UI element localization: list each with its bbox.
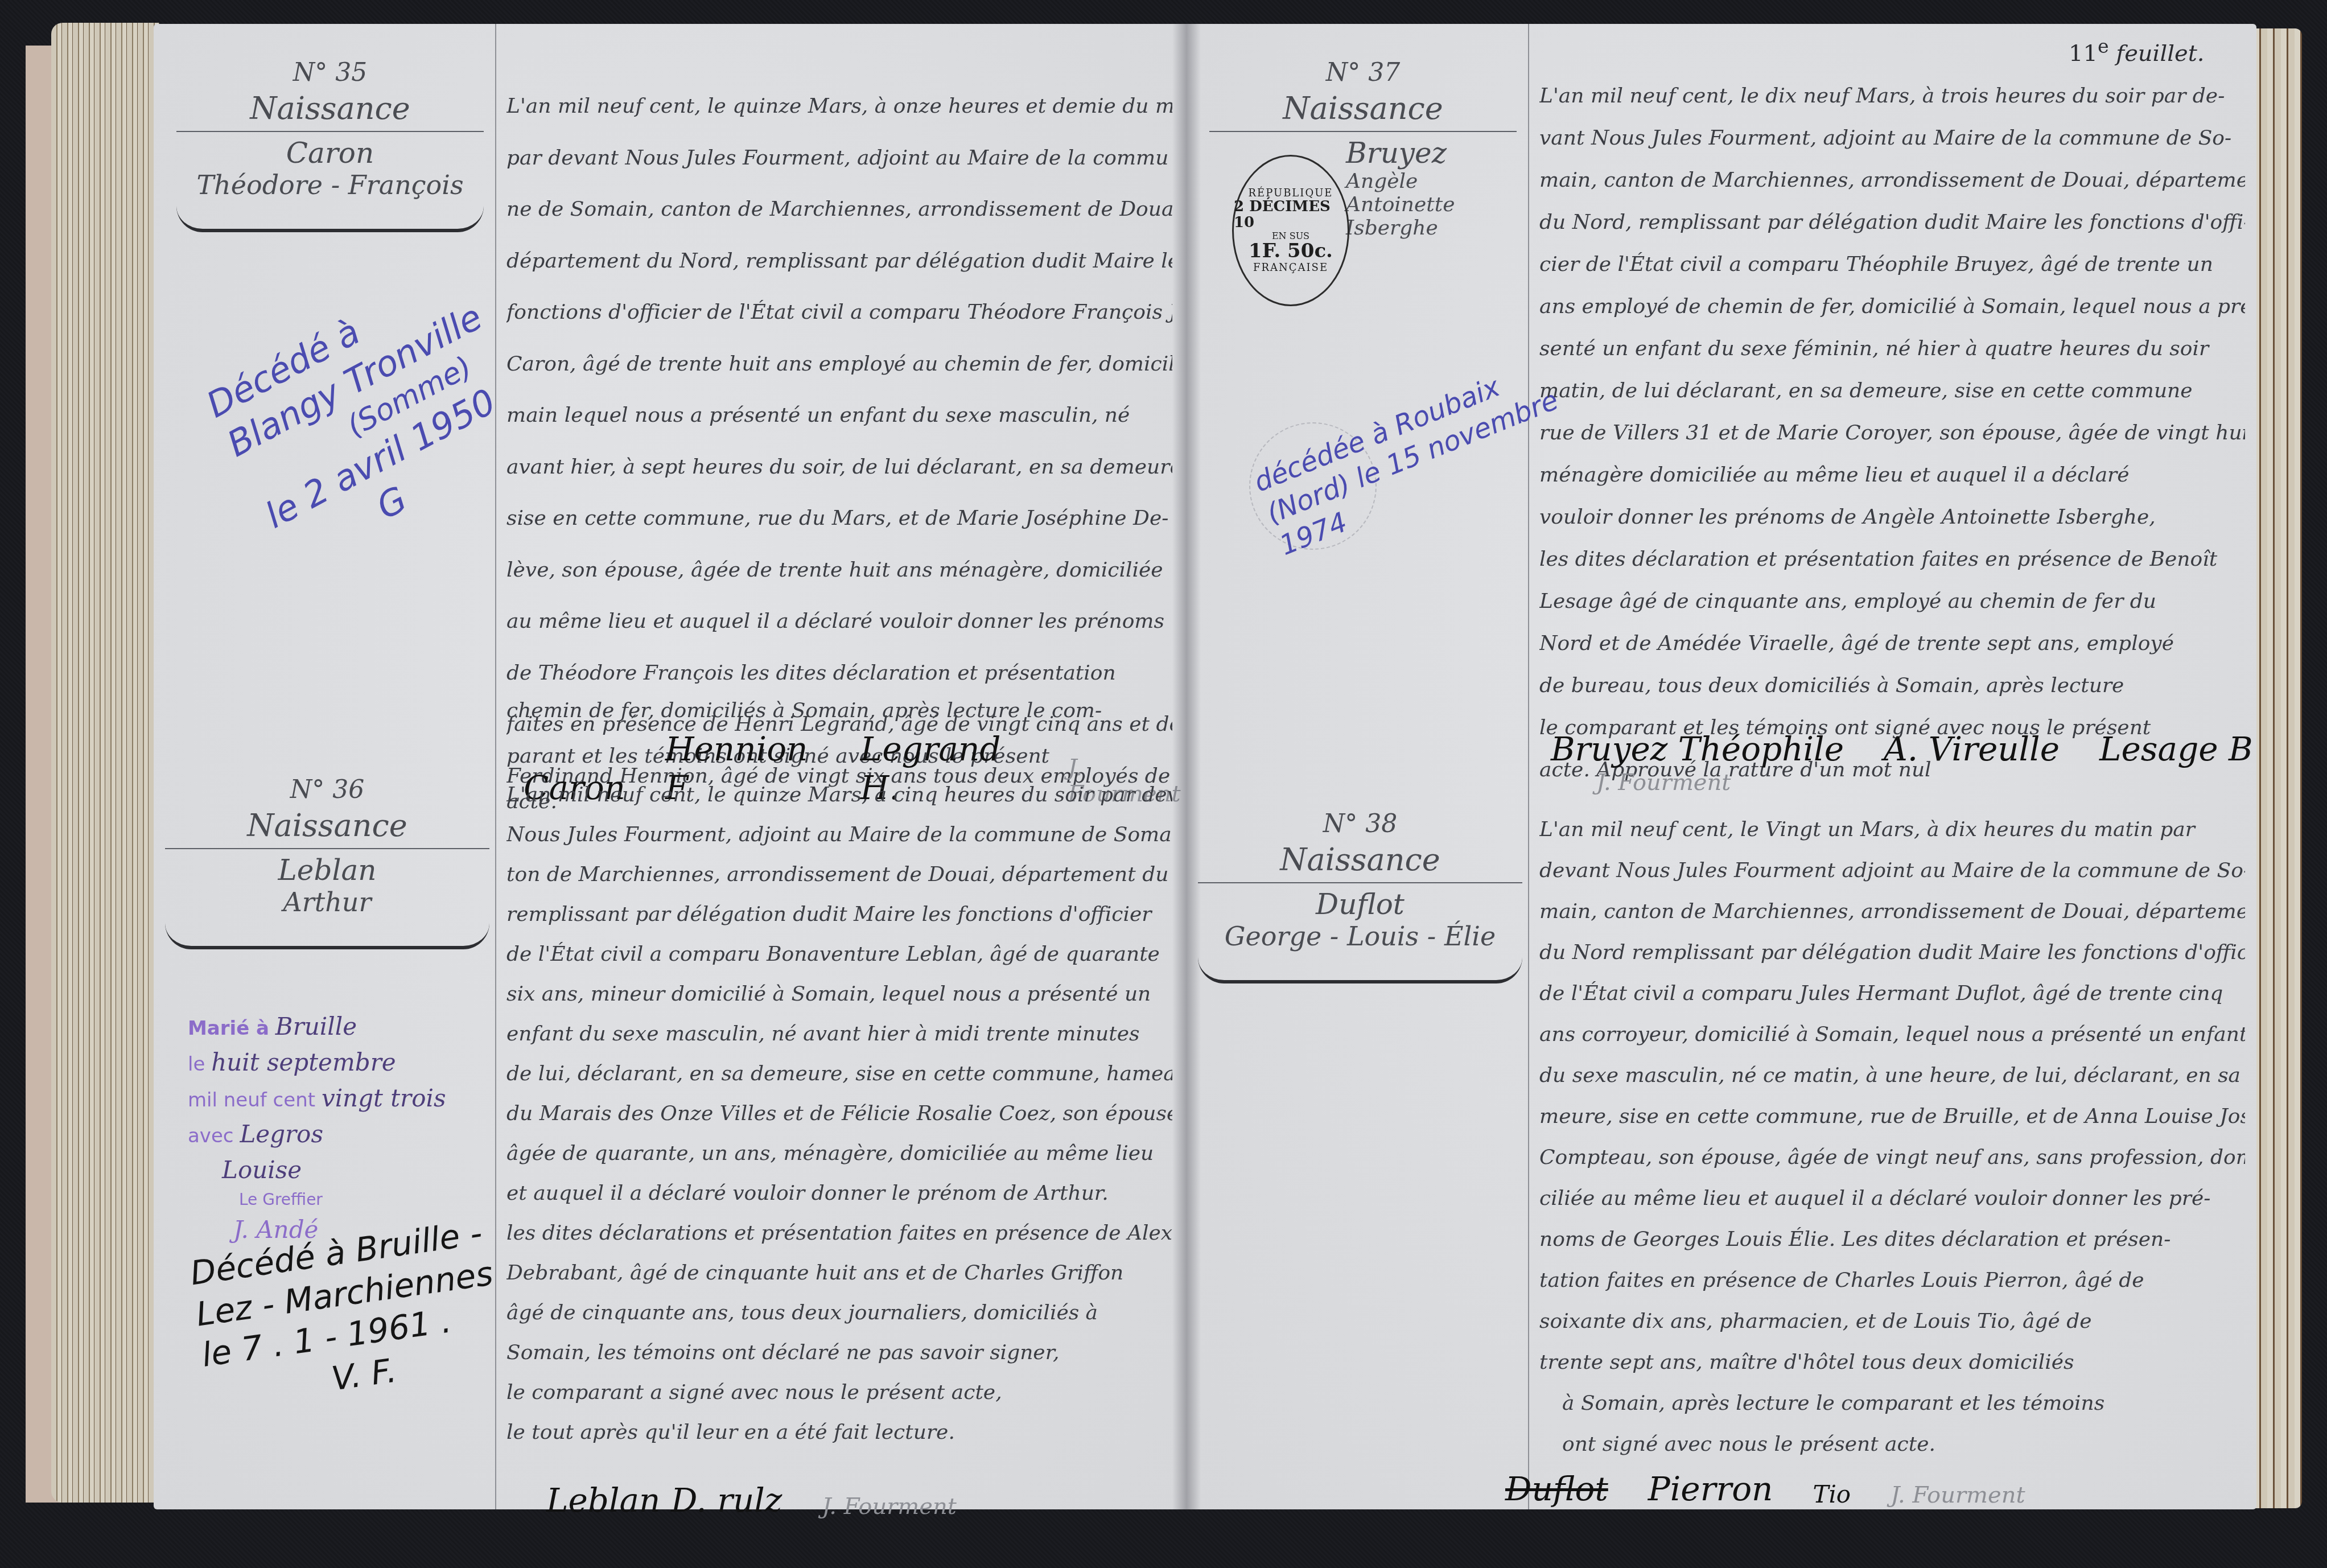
entry-number: N° 37 [1209, 58, 1517, 87]
signature: J. Fourment [1596, 769, 1731, 796]
brace-decoration [176, 206, 484, 232]
death-annotation-37: décédée à Roubaix (Nord) le 15 novembre … [1249, 351, 1576, 563]
page-edges-right [2254, 28, 2302, 1508]
entry-kind: Naissance [176, 90, 484, 126]
entry-kind: Naissance [165, 808, 489, 843]
entry-number: N° 38 [1198, 809, 1522, 838]
entry-number: N° 36 [165, 775, 489, 804]
signatures-37: Bruyez Théophile A. Vireulle Lesage B [1551, 730, 2253, 768]
entry-surname: Bruyez [1209, 137, 1517, 170]
signature: Tio [1813, 1480, 1851, 1508]
entry-text-36: L'an mil neuf cent, le quinze Mars, à ci… [506, 775, 1172, 1452]
signatures-36: Leblan D. rulz J. Fourment [546, 1481, 957, 1520]
entry-header-35: N° 35 Naissance Caron Théodore - Françoi… [176, 58, 484, 232]
entry-number: N° 35 [176, 58, 484, 87]
entry-surname: Caron [176, 137, 484, 170]
signature: J. Fourment [1891, 1482, 2025, 1508]
entry-surname: Leblan [165, 854, 489, 887]
entry-kind: Naissance [1209, 90, 1517, 126]
header-divider [176, 131, 484, 132]
header-divider [165, 848, 489, 849]
signature: Lesage B [2099, 730, 2253, 768]
page-edges-left [51, 23, 159, 1503]
right-page: 11e feuillet. N° 37 Naissance Bruyez Ang… [1187, 24, 2256, 1509]
margin-rule [495, 24, 496, 1509]
entry-given-names: Théodore - François [176, 170, 484, 200]
entry-given-names: George - Louis - Élie [1198, 921, 1522, 952]
marriage-stamp: Marié à Bruille le huit septembre mil ne… [188, 1009, 446, 1248]
header-divider [1209, 131, 1517, 132]
entry-header-38: N° 38 Naissance Duflot George - Louis - … [1198, 809, 1522, 983]
left-page: N° 35 Naissance Caron Théodore - Françoi… [154, 24, 1187, 1509]
fiscal-stamp: RÉPUBLIQUE 2 DÉCIMES 10 EN SUS 1F. 50c. … [1232, 155, 1349, 306]
signature: Bruyez Théophile [1551, 730, 1844, 768]
header-divider [1198, 882, 1522, 883]
entry-text-38: L'an mil neuf cent, le Vingt un Mars, à … [1539, 809, 2245, 1465]
signatures-38: Duflot Pierron Tio J. Fourment [1505, 1470, 2025, 1508]
entry-text-37: L'an mil neuf cent, le dix neuf Mars, à … [1539, 75, 2245, 791]
brace-decoration [165, 923, 489, 949]
folio-label: 11e feuillet. [2069, 35, 2204, 67]
entry-header-36: N° 36 Naissance Leblan Arthur [165, 775, 489, 949]
entry-kind: Naissance [1198, 842, 1522, 878]
signature: Leblan D. rulz [546, 1481, 782, 1520]
brace-decoration [1198, 957, 1522, 983]
signature: J. Fourment [822, 1493, 956, 1520]
book-gutter [1172, 24, 1201, 1509]
entry-given-names: Arthur [165, 887, 489, 917]
signature: Duflot [1505, 1470, 1608, 1508]
margin-rule [1528, 24, 1529, 1509]
signature: Pierron [1648, 1470, 1773, 1508]
official-signature-37: J. Fourment [1596, 769, 1731, 796]
signature: A. Vireulle [1884, 730, 2060, 768]
entry-surname: Duflot [1198, 888, 1522, 921]
